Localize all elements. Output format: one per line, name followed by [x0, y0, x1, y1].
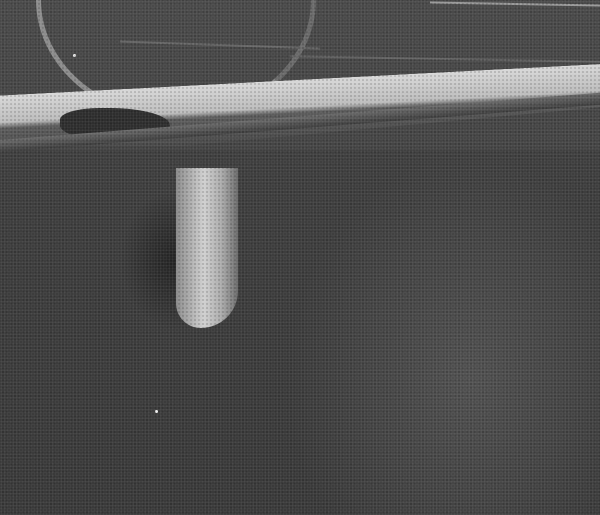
film-grain — [0, 0, 600, 515]
photograph — [0, 0, 600, 515]
